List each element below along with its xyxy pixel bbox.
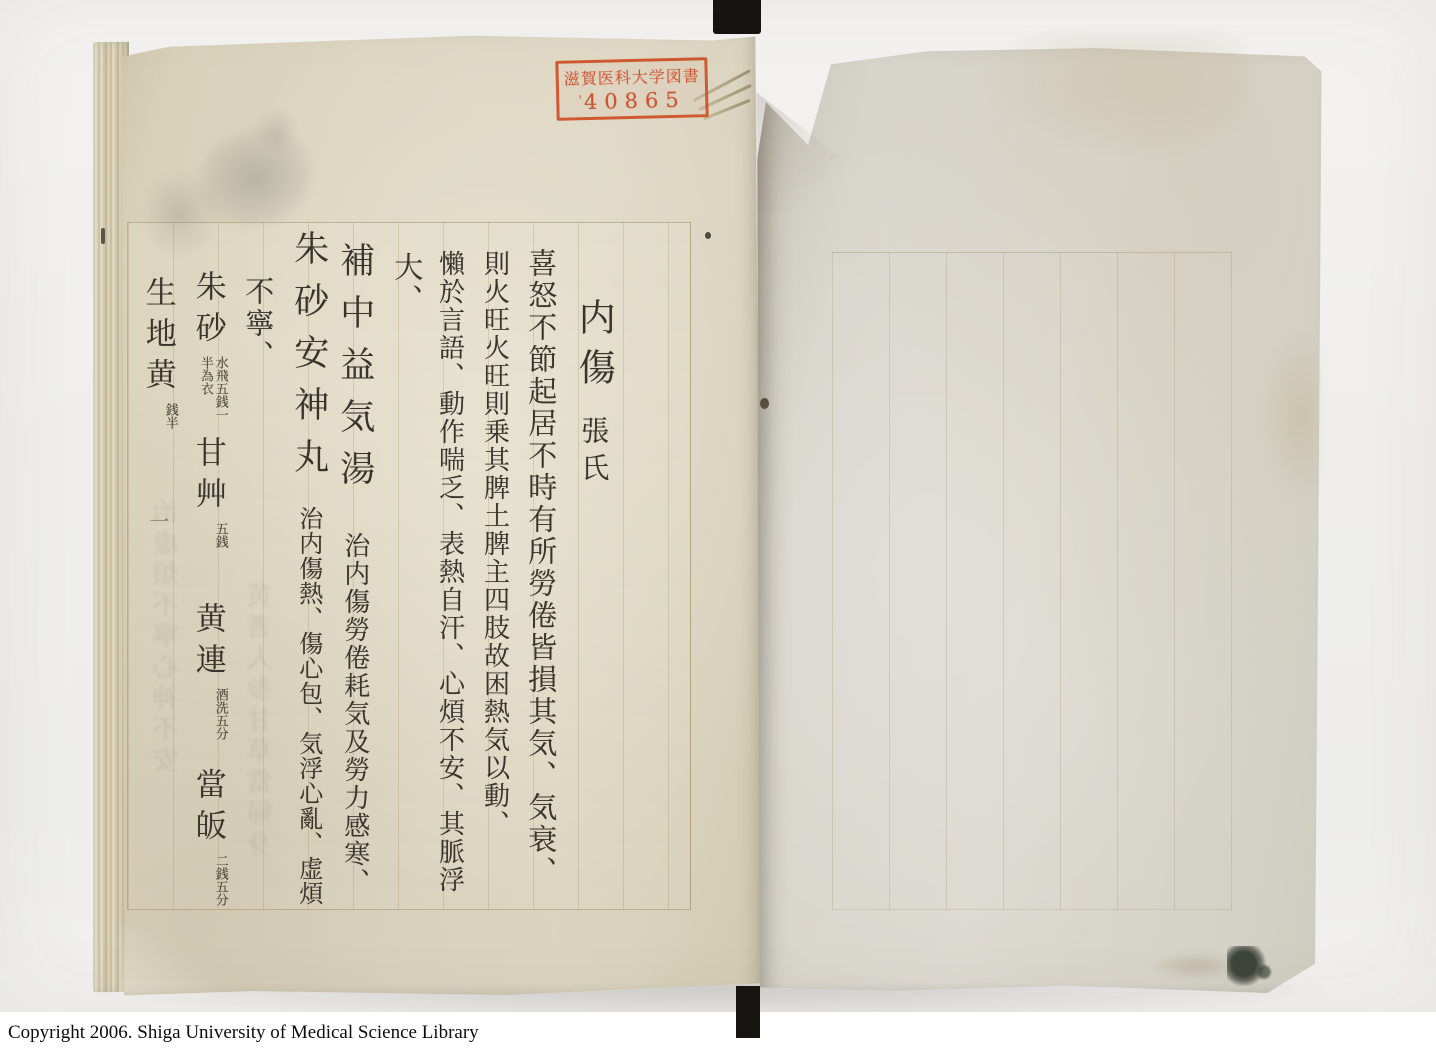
- column-text: 補中益気湯: [335, 242, 375, 502]
- copyright-text: Copyright 2006. Shiga University of Medi…: [8, 1022, 479, 1044]
- manuscript-column-c1: 喜怒不節起居不時有所勞倦皆損其気、気衰、: [523, 248, 559, 888]
- library-stamp-institution: 滋賀医科大学図書: [563, 63, 700, 89]
- manuscript-column-c7: 不寧、: [240, 276, 276, 372]
- manuscript-column-c8: 朱砂水飛五銭一半為衣甘艸五銭黄連酒洗五分當皈二銭五分: [188, 270, 227, 934]
- library-stamp-number: 40865: [584, 88, 686, 114]
- bleed-through-text: 黄耆人参甘草當帰身: [246, 582, 279, 861]
- column-text: 大、: [390, 252, 424, 316]
- column-text: 内傷: [572, 298, 615, 398]
- column-text: 甘艸: [190, 436, 226, 518]
- column-gap: [308, 490, 310, 506]
- manuscript-text-layer: 内傷張氏喜怒不節起居不時有所勞倦皆損其気、気衰、則火旺火旺則乗其脾土脾主四肢故困…: [0, 0, 1436, 1054]
- bleed-through-text: 治虚煩不寧心神不安: [152, 498, 185, 777]
- manuscript-column-c4: 大、: [389, 252, 425, 316]
- column-text: 治内傷熱、傷心包、気浮心亂、虚煩: [295, 506, 323, 906]
- column-text: 二銭五分: [212, 854, 227, 930]
- library-stamp-number-row: ' 40865: [579, 88, 686, 115]
- column-text: 朱砂安神丸: [289, 230, 329, 490]
- column-text: 治内傷勞倦耗気及勞力感寒、: [340, 532, 370, 896]
- book-spine-bottom: [736, 986, 760, 1038]
- column-text: 銭半: [162, 403, 177, 479]
- manuscript-column-c3: 懶於言語、動作喘乏、表熱自汗、心煩不安、其脈浮: [433, 250, 466, 894]
- column-text: 水飛五銭一半為衣: [197, 356, 227, 432]
- stamp-tick-mark: ': [579, 93, 582, 106]
- manuscript-column-c9: 生地黄銭半一: [138, 276, 177, 531]
- column-text: 五銭: [212, 522, 227, 598]
- manuscript-photo-scene: 内傷張氏喜怒不節起居不時有所勞倦皆損其気、気衰、則火旺火旺則乗其脾土脾主四肢故困…: [0, 0, 1436, 1054]
- manuscript-column-c2: 則火旺火旺則乗其脾土脾主四肢故困熱気以動、: [478, 250, 511, 838]
- column-text: 生地黄: [140, 276, 176, 399]
- manuscript-column-title: 内傷張氏: [570, 298, 616, 490]
- column-text: 朱砂: [190, 270, 226, 352]
- column-text: 不寧、: [241, 276, 275, 372]
- column-gap: [592, 398, 594, 416]
- column-text: 酒洗五分: [212, 688, 227, 764]
- column-text: 黄連: [190, 602, 226, 684]
- library-stamp: 滋賀医科大学図書 ' 40865: [555, 57, 708, 121]
- column-text: 懶於言語、動作喘乏、表熱自汗、心煩不安、其脈浮: [435, 250, 465, 894]
- column-gap: [354, 502, 356, 532]
- column-text: 張氏: [577, 416, 610, 490]
- manuscript-column-c5: 補中益気湯治内傷勞倦耗気及勞力感寒、: [332, 242, 376, 896]
- copyright-bar: Copyright 2006. Shiga University of Medi…: [0, 1012, 1436, 1054]
- manuscript-column-c6: 朱砂安神丸治内傷熱、傷心包、気浮心亂、虚煩: [286, 230, 330, 906]
- column-text: 喜怒不節起居不時有所勞倦皆損其気、気衰、: [524, 248, 558, 888]
- column-text: 則火旺火旺則乗其脾土脾主四肢故困熱気以動、: [480, 250, 510, 838]
- column-text: 當皈: [190, 768, 226, 850]
